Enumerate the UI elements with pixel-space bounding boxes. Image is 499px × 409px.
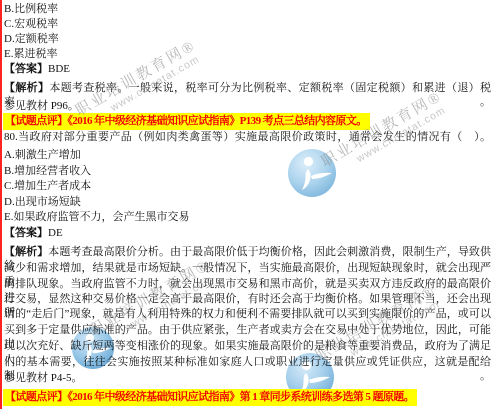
option-e: E.累进税率 bbox=[4, 47, 57, 61]
reference-line: 参见教材 P4-5。 bbox=[4, 371, 83, 385]
question-stem: 80.当政府对部分重要产品（例如肉类禽蛋等）实施最高限价政策时，通常会发生的情况… bbox=[4, 130, 491, 144]
option-b: B.增加经营者收入 bbox=[4, 164, 91, 178]
comment-highlight: 【试题点评】《2016 年中级经济基础知识应试指南》第 1 章同步系统训练多选第… bbox=[3, 389, 417, 406]
watermark-site-name: 职业培训教育网® bbox=[65, 31, 205, 124]
reference-line: 参见教材 P96。 bbox=[4, 99, 79, 113]
analysis-line: 谓的“走后门”现象，就是有人利用特殊的权力和便利不需要排队就可以买到实施限价的产… bbox=[4, 307, 491, 321]
option-e: E.如果政府监管不力，会产生黑市交易 bbox=[4, 210, 189, 224]
answer-line: 【答案】DE bbox=[4, 226, 63, 240]
option-c: C.增加生产者成本 bbox=[4, 179, 91, 193]
option-b: B.比例税率 bbox=[4, 2, 58, 16]
option-a: A.刺激生产增加 bbox=[4, 148, 81, 162]
exam-answer-document: B.比例税率 C.宏观税率 D.定额税率 E.累进税率 【答案】BDE 【解析】… bbox=[0, 0, 499, 409]
answer-line: 【答案】BDE bbox=[4, 62, 70, 76]
option-d: D.出现市场短缺 bbox=[4, 195, 81, 209]
option-d: D.定额税率 bbox=[4, 32, 59, 46]
left-margin-line bbox=[0, 0, 2, 409]
comment-highlight: 【试题点评】《2016 年中级经济基础知识应试指南》P139 考点三总结内容原文… bbox=[3, 113, 370, 130]
chinatat-logo-icon bbox=[287, 148, 337, 198]
option-c: C.宏观税率 bbox=[4, 17, 58, 31]
